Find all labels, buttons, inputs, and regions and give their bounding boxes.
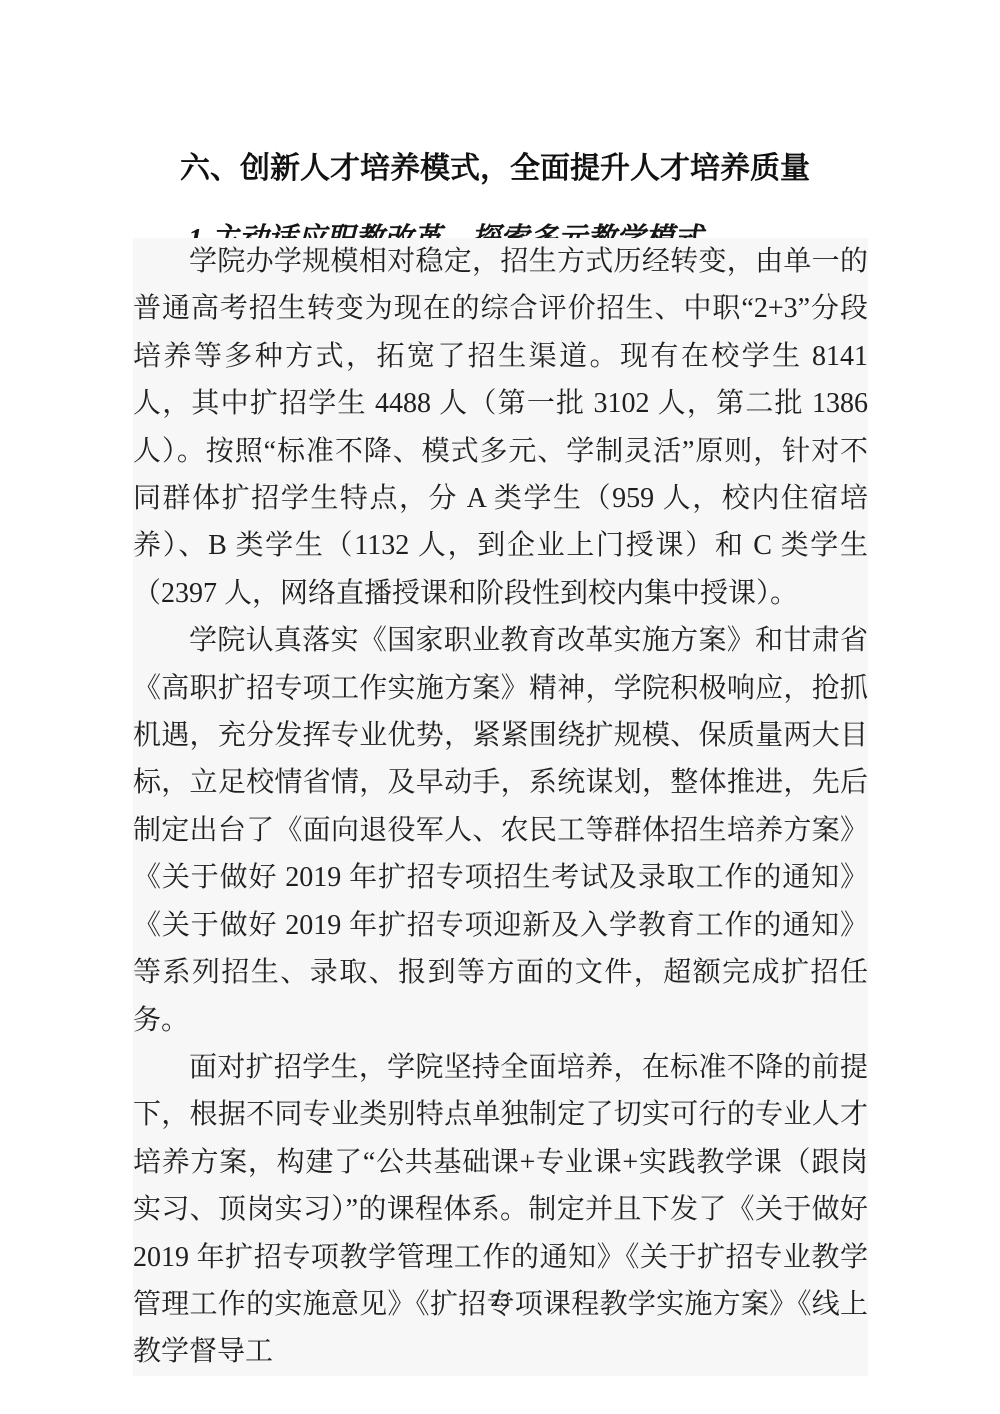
section-heading: 六、创新人才培养模式，全面提升人才培养质量 bbox=[133, 150, 868, 188]
body-paragraph: 面对扩招学生，学院坚持全面培养，在标准不降的前提下，根据不同专业类别特点单独制定… bbox=[133, 1044, 868, 1376]
body-paragraph: 学院认真落实《国家职业教育改革实施方案》和甘肃省《高职扩招专项工作实施方案》精神… bbox=[133, 617, 868, 1044]
body-text-block: 学院办学规模相对稳定，招生方式历经转变，由单一的普通高考招生转变为现在的综合评价… bbox=[133, 238, 868, 1376]
page-number: 23 bbox=[0, 1291, 1000, 1311]
body-paragraph: 学院办学规模相对稳定，招生方式历经转变，由单一的普通高考招生转变为现在的综合评价… bbox=[133, 238, 868, 617]
document-page: 六、创新人才培养模式，全面提升人才培养质量 1.主动适应职教改革，探索多元教学模… bbox=[0, 0, 1000, 1414]
